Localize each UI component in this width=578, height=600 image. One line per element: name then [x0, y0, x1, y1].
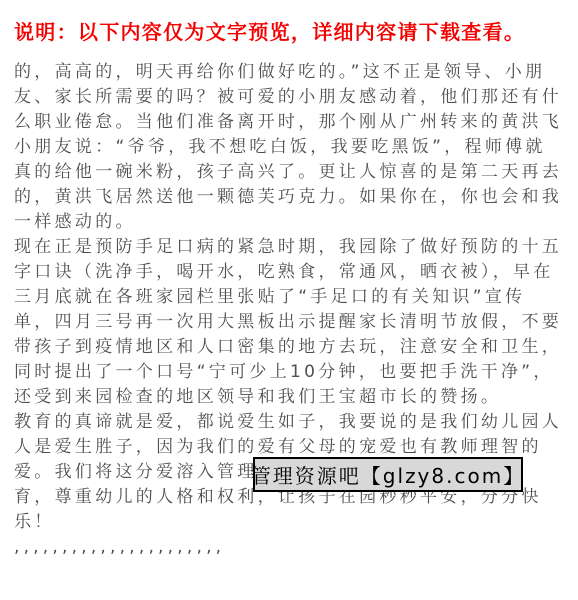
- text-line: 同时提出了一个口号“宁可少上10分钟，也要把手洗干净”，: [14, 360, 570, 385]
- text-line: 小朋友说：“爷爷，我不想吃白饭，我要吃黑饭”，程师傅就: [14, 135, 570, 160]
- text-line: 么职业倦怠。当他们准备离开时，那个刚从广州转来的黄洪飞: [14, 110, 570, 135]
- text-line: 教育的真谛就是爱，都说爱生如子，我要说的是我们幼儿园人: [14, 410, 570, 435]
- text-line: 带孩子到疫情地区和人口密集的地方去玩，注意安全和卫生，: [14, 335, 570, 360]
- watermark-text: 管理资源吧【glzy8.com】: [251, 460, 525, 489]
- text-line: 真的给他一碗米粉，孩子高兴了。更让人惊喜的是第二天再去: [14, 160, 570, 185]
- preview-notice: 说明：以下内容仅为文字预览，详细内容请下载查看。: [14, 16, 525, 45]
- ellipsis-line: ,,,,,,,,,,,,,,,,,,,,,,: [14, 535, 570, 560]
- text-line: 的，黄洪飞居然送他一颗德芙巧克力。如果你在，你也会和我: [14, 185, 570, 210]
- text-line: 友、家长所需要的吗？被可爱的小朋友感动着，他们那还有什: [14, 85, 570, 110]
- text-line: 的，高高的，明天再给你们做好吃的。”这不正是领导、小朋: [14, 60, 570, 85]
- preview-page: 说明：以下内容仅为文字预览，详细内容请下载查看。 的，高高的，明天再给你们做好吃…: [0, 0, 578, 600]
- watermark-box: 管理资源吧【glzy8.com】: [253, 457, 523, 492]
- text-line: 乐！: [14, 510, 570, 535]
- text-line: 单，四月三号再一次用大黑板出示提醒家长清明节放假，不要: [14, 310, 570, 335]
- text-line: 还受到来园检查的地区领导和我们王宝超市长的赞扬。: [14, 385, 570, 410]
- text-line: 三月底就在各班家园栏里张贴了“手足口的有关知识”宣传: [14, 285, 570, 310]
- text-line: 一样感动的。: [14, 210, 570, 235]
- text-line: 字口诀（洗净手，喝开水，吃熟食，常通风，晒衣被），早在: [14, 260, 570, 285]
- text-line: 现在正是预防手足口病的紧急时期，我园除了做好预防的十五: [14, 235, 570, 260]
